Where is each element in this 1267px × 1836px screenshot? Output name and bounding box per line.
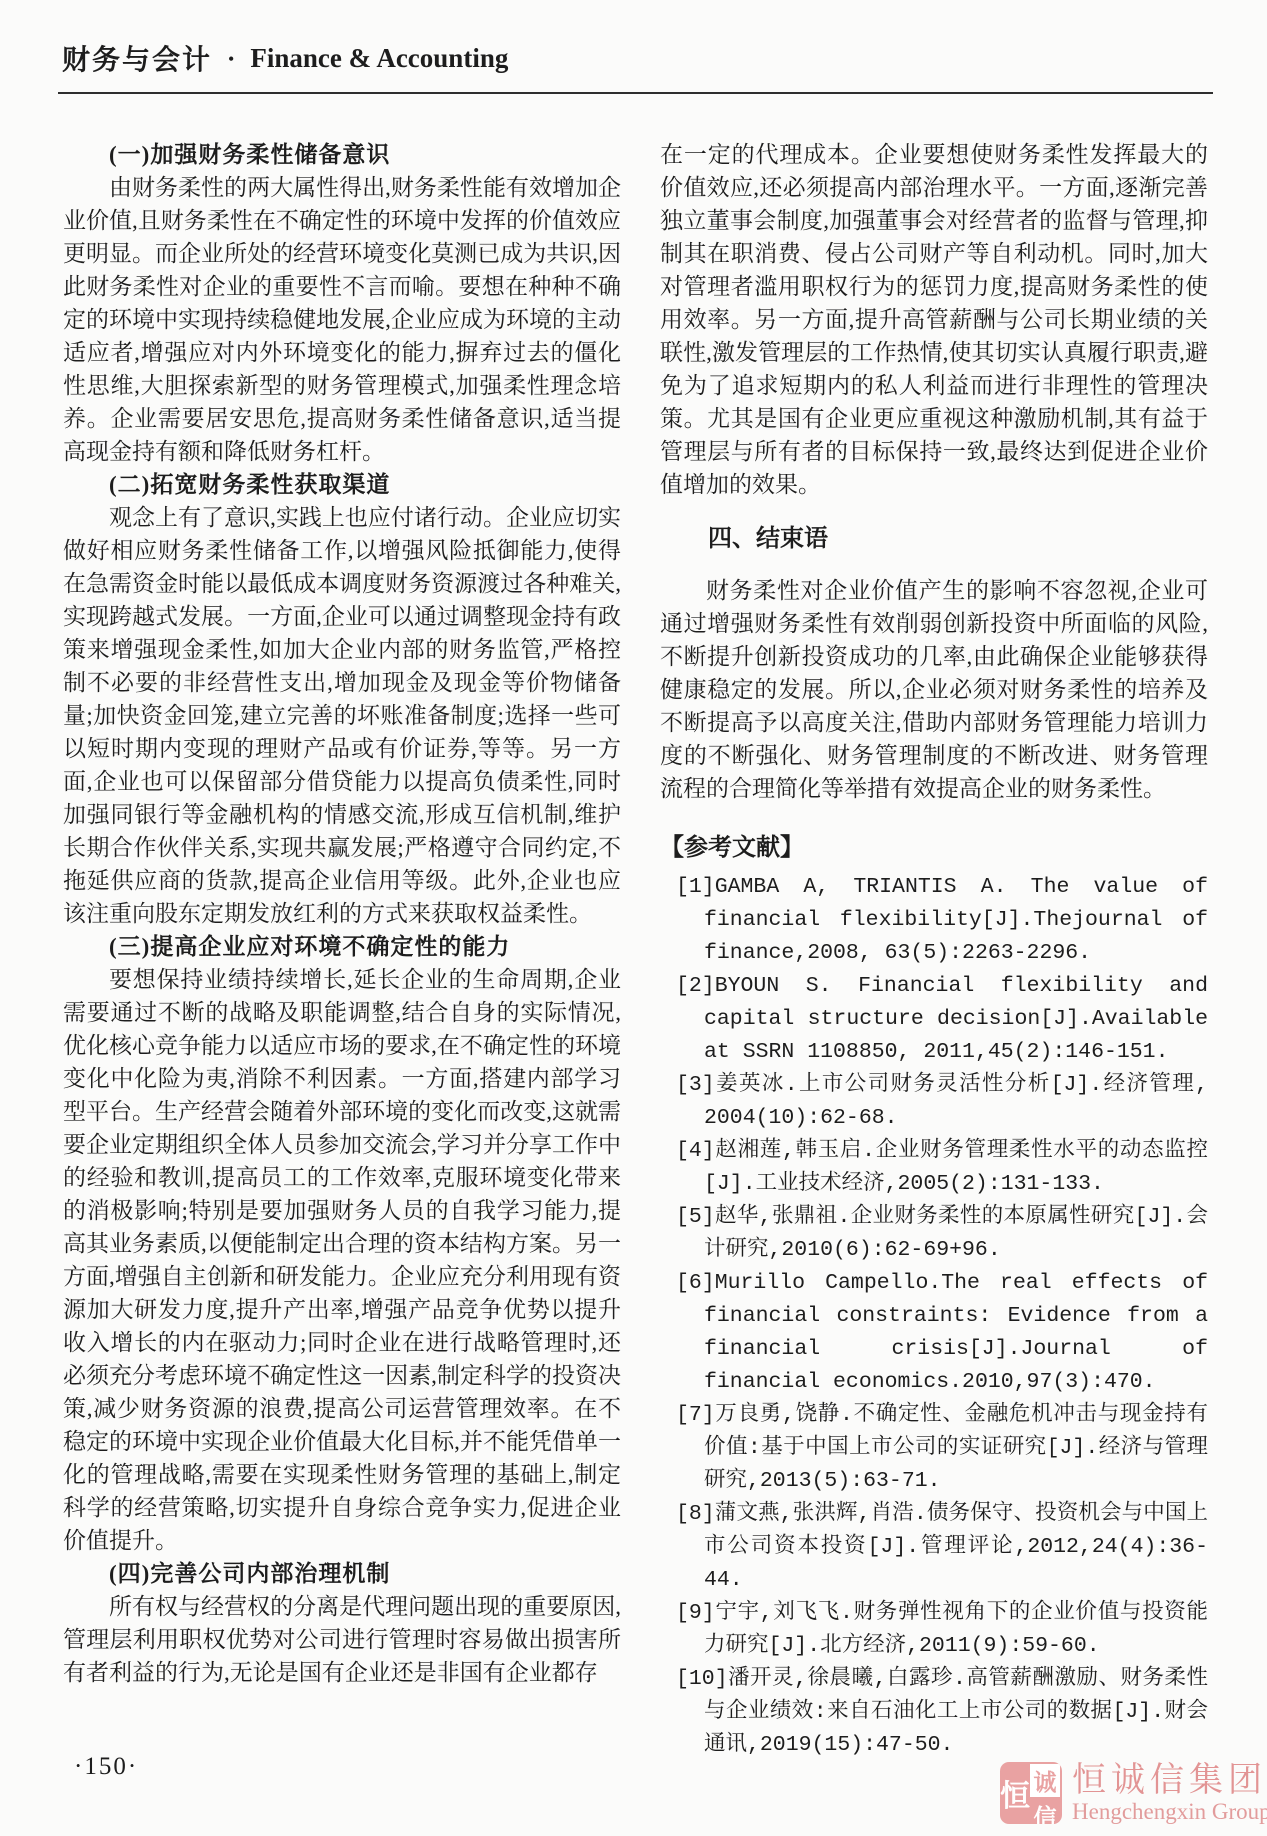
reference-item-3: [3]姜英冰.上市公司财务灵活性分析[J].经济管理, 2004(10):62-… [660,1069,1208,1135]
reference-item-8: [8]蒲文燕,张洪辉,肖浩.债务保守、投资机会与中国上市公司资本投资[J].管理… [660,1498,1208,1597]
continuation-paragraph: 在一定的代理成本。企业要想使财务柔性发挥最大的价值效应,还必须提高内部治理水平。… [660,138,1208,501]
reference-item-5: [5]赵华,张鼎祖.企业财务柔性的本原属性研究[J].会计研究,2010(6):… [660,1201,1208,1267]
header-title-cn: 财务与会计 [62,38,212,78]
section-3-heading: (三)提高企业应对环境不确定性的能力 [63,930,621,963]
header-title-en: Finance & Accounting [250,43,508,74]
publisher-name-cn: 恒诚信集团 [1072,1762,1267,1799]
left-column: (一)加强财务柔性储备意识 由财务柔性的两大属性得出,财务柔性能有效增加企业价值… [63,138,621,1689]
conclusion-heading: 四、结束语 [660,522,1208,555]
page-header: 财务与会计 • Finance & Accounting [62,38,508,78]
reference-item-10: [10]潘开灵,徐晨曦,白露珍.高管薪酬激励、财务柔性与企业绩效:来自石油化工上… [660,1663,1208,1762]
section-2-paragraph: 观念上有了意识,实践上也应付诸行动。企业应切实做好相应财务柔性储备工作,以增强风… [63,501,621,930]
seal-char-heng: 恒 [1002,1764,1028,1822]
reference-item-2: [2]BYOUN S. Financial flexibility and ca… [660,970,1208,1069]
reference-item-9: [9]宁宇,刘飞飞.财务弹性视角下的企业价值与投资能力研究[J].北方经济,20… [660,1597,1208,1663]
reference-item-1: [1]GAMBA A, TRIANTIS A. The value of fin… [660,871,1208,970]
right-column: 在一定的代理成本。企业要想使财务柔性发挥最大的价值效应,还必须提高内部治理水平。… [660,138,1208,1762]
seal-char-xin: 信 [1030,1799,1060,1824]
publisher-logo: 恒 诚 信 恒诚信集团 Hengchengxin Group [1000,1762,1267,1824]
page-number: ·150· [74,1753,138,1781]
conclusion-paragraph: 财务柔性对企业价值产生的影响不容忽视,企业可通过增强财务柔性有效削弱创新投资中所… [660,574,1208,805]
section-4-heading: (四)完善公司内部治理机制 [63,1557,621,1590]
section-4-paragraph: 所有权与经营权的分离是代理问题出现的重要原因,管理层利用职权优势对公司进行管理时… [63,1590,621,1689]
section-2-heading: (二)拓宽财务柔性获取渠道 [63,468,621,501]
header-rule [58,92,1213,94]
seal-char-cheng: 诚 [1030,1764,1060,1797]
section-3-paragraph: 要想保持业绩持续增长,延长企业的生命周期,企业需要通过不断的战略及职能调整,结合… [63,963,621,1557]
reference-item-7: [7]万良勇,饶静.不确定性、金融危机冲击与现金持有价值:基于中国上市公司的实证… [660,1399,1208,1498]
reference-item-4: [4]赵湘莲,韩玉启.企业财务管理柔性水平的动态监控[J].工业技术经济,200… [660,1135,1208,1201]
header-separator-dot: • [228,49,234,70]
reference-item-6: [6]Murillo Campello.The real effects of … [660,1267,1208,1399]
publisher-seal-icon: 恒 诚 信 [1000,1762,1062,1824]
journal-page: 财务与会计 • Finance & Accounting (一)加强财务柔性储备… [0,0,1267,1836]
seal-right-half: 诚 信 [1030,1764,1060,1822]
publisher-name-block: 恒诚信集团 Hengchengxin Group [1072,1762,1267,1824]
references-heading: 【参考文献】 [660,831,1208,864]
section-1-paragraph: 由财务柔性的两大属性得出,财务柔性能有效增加企业价值,且财务柔性在不确定性的环境… [63,171,621,468]
publisher-name-en: Hengchengxin Group [1072,1799,1267,1824]
section-1-heading: (一)加强财务柔性储备意识 [63,138,621,171]
